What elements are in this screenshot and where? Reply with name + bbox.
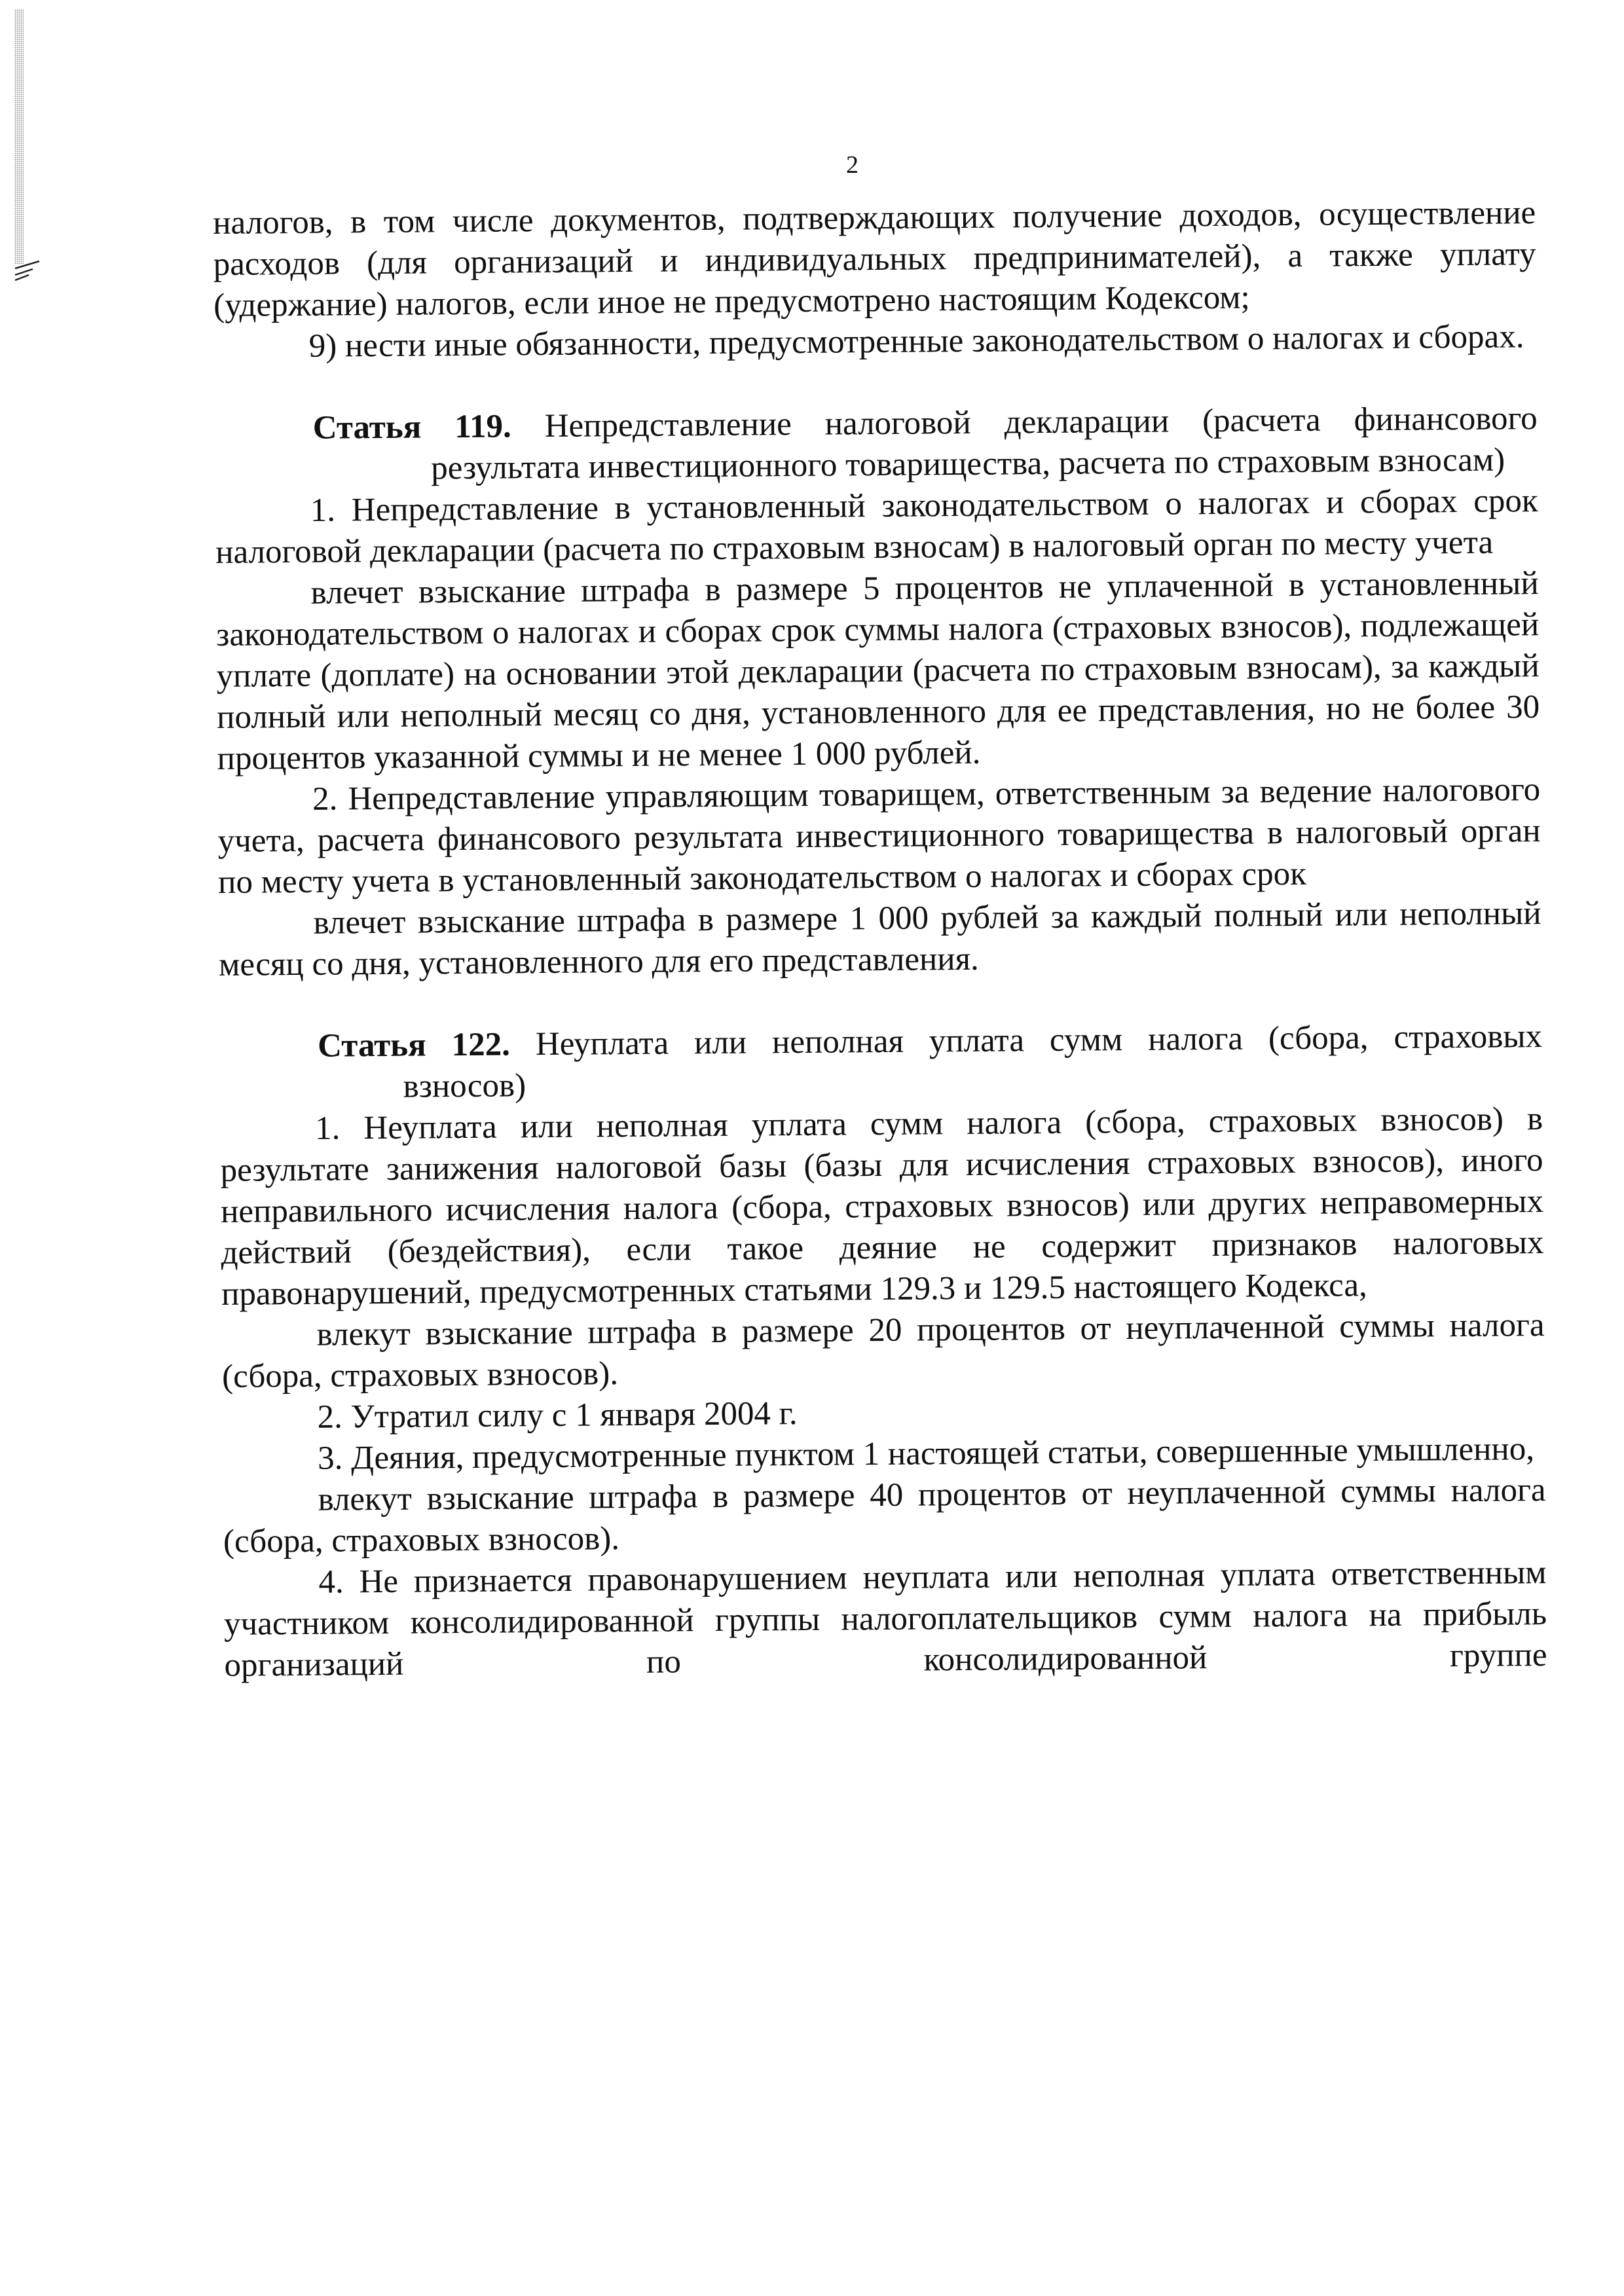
article-119-paragraph: 1. Непредставление в установленный закон… (215, 481, 1538, 574)
article-119-title-first: Непредставление налоговой декларации (ра… (544, 400, 1537, 445)
article-119-heading: Статья 119. Непредставление налоговой де… (214, 398, 1538, 491)
article-119-paragraph: 2. Непредставление управляющим товарищем… (217, 769, 1541, 903)
page-number: 2 (846, 151, 858, 179)
scan-edge-artifact (14, 9, 24, 264)
intro-continuation: налогов, в том числе документов, подтвер… (213, 192, 1536, 327)
scan-mark-artifact (14, 261, 41, 284)
article-119-label: Статья 119. (312, 408, 511, 446)
article-122-paragraph: 4. Не признается правонарушением неуплат… (223, 1552, 1547, 1686)
article-122-paragraph: 1. Неуплата или неполная уплата сумм нал… (220, 1099, 1544, 1315)
article-122-title-first: Неуплата или неполная уплата сумм налога… (536, 1018, 1543, 1063)
document-body: налогов, в том числе документов, подтвер… (213, 192, 1547, 1686)
article-119-paragraph: влечет взыскание штрафа в размере 1 000 … (218, 893, 1541, 986)
article-122-paragraph: влекут взыскание штрафа в размере 20 про… (221, 1305, 1545, 1398)
article-119-paragraph: влечет взыскание штрафа в размере 5 проц… (215, 563, 1540, 780)
article-122-paragraph: влекут взыскание штрафа в размере 40 про… (223, 1470, 1546, 1563)
article-122-label: Статья 122. (318, 1026, 510, 1064)
article-122-heading: Статья 122. Неуплата или неполная уплата… (219, 1016, 1543, 1109)
